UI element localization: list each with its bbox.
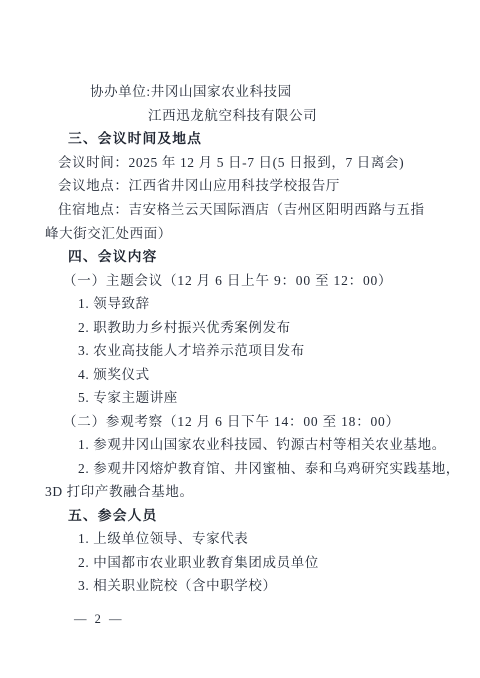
agenda-item-2: 2. 职教助力乡村振兴优秀案例发布 [78, 318, 291, 337]
accommodation-line-2: 峰大街交汇处西面） [45, 224, 172, 243]
agenda-item-1: 1. 领导致辞 [78, 294, 150, 313]
subsection-theme-conference: （一）主题会议（12 月 6 日上午 9：00 至 12：00） [63, 271, 392, 290]
section-heading-content: 四、会议内容 [68, 247, 157, 266]
page-number: — 2 — [74, 612, 124, 627]
participant-item-3: 3. 相关职业院校（含中职学校） [78, 576, 277, 595]
co-organizer-line-2: 江西迅龙航空科技有限公司 [148, 106, 317, 125]
agenda-item-4: 4. 颁奖仪式 [78, 365, 150, 384]
participant-item-1: 1. 上级单位领导、专家代表 [78, 529, 248, 548]
agenda-item-3: 3. 农业高技能人才培养示范项目发布 [78, 341, 305, 360]
subsection-site-visit: （二）参观考察（12 月 6 日下午 14：00 至 18：00） [63, 412, 400, 431]
visit-item-2-line-2: 3D 打印产教融合基地。 [45, 482, 194, 501]
meeting-time-line: 会议时间：2025 年 12 月 5 日-7 日(5 日报到，7 日离会) [58, 153, 404, 172]
document-page: 协办单位:井冈山国家农业科技园 江西迅龙航空科技有限公司 三、会议时间及地点 会… [0, 0, 480, 678]
accommodation-line-1: 住宿地点：吉安格兰云天国际酒店（吉州区阳明西路与五指 [58, 200, 425, 219]
agenda-item-5: 5. 专家主题讲座 [78, 388, 178, 407]
visit-item-2-line-1: 2. 参观井冈熔炉教育馆、井冈蜜柚、泰和乌鸡研究实践基地， [78, 459, 460, 478]
meeting-venue-line: 会议地点：江西省井冈山应用科技学校报告厅 [58, 176, 340, 195]
participant-item-2: 2. 中国都市农业职业教育集团成员单位 [78, 553, 319, 572]
section-heading-participants: 五、参会人员 [68, 506, 157, 525]
co-organizer-line-1: 协办单位:井冈山国家农业科技园 [90, 82, 292, 101]
visit-item-1: 1. 参观井冈山国家农业科技园、钓源古村等相关农业基地。 [78, 435, 446, 454]
section-heading-time-venue: 三、会议时间及地点 [68, 129, 202, 148]
